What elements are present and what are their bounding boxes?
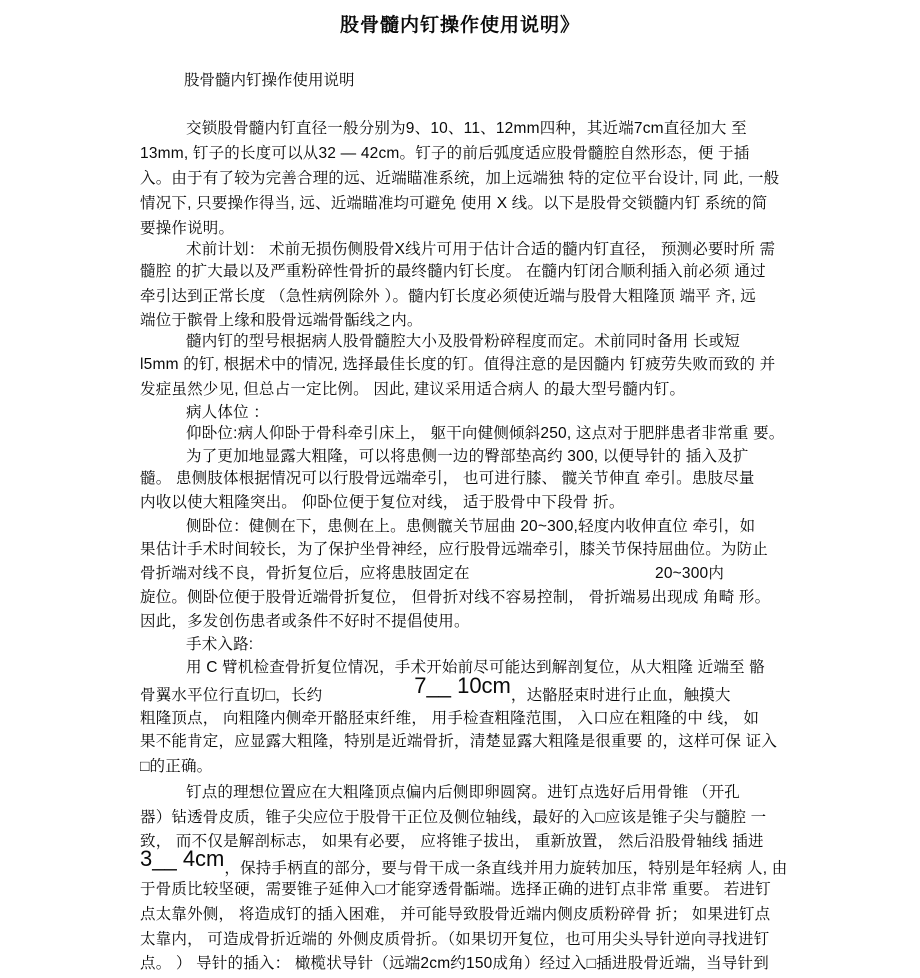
doc-line: 器）钻透骨皮质，锥子尖应位于股骨干正位及侧位轴线，最好的入□应该是锥子尖与髓腔 … <box>140 807 766 829</box>
doc-line-text: 骨翼水平位行直切□，长约 <box>140 687 322 704</box>
doc-line: 端位于髌骨上缘和股骨远端骨骺线之内。 <box>140 310 423 332</box>
doc-line: 发症虽然少见, 但总占一定比例。 因此, 建议采用适合病人 的最大型号髓内钉。 <box>140 379 685 401</box>
doc-line: 太靠内， 可造成骨折近端的 外侧皮质骨折。（如果切开复位，也可用尖头导针逆向寻找… <box>140 929 769 951</box>
doc-line: 因此，多发创伤患者或条件不好时不提倡使用。 <box>140 611 470 633</box>
doc-line: 旋位。侧卧位便于股骨近端骨折复位， 但骨折对线不容易控制， 骨折端易出现成 角畸… <box>140 587 770 609</box>
doc-line: l5mm 的钉, 根据术中的情况, 选择最佳长度的钉。值得注意的是因髓内 钉疲劳… <box>140 354 775 376</box>
doc-line: 术前计划： 术前无损伤侧股骨X线片可用于估计合适的髓内钉直径， 预测必要时所 需 <box>186 239 775 261</box>
doc-line: 仰卧位:病人仰卧于骨科牵引床上， 躯干向健侧倾斜250, 这点对于肥胖患者非常重… <box>186 423 785 445</box>
doc-line: 手术入路: <box>186 634 253 656</box>
doc-line-large-measure: 7__ 10cm <box>414 673 511 698</box>
doc-line: 3__ 4cm，保持手柄直的部分，要与骨干成一条直线并用力旋转加压，特别是年轻病… <box>140 855 787 880</box>
doc-line-large-measure: 3__ 4cm <box>140 846 224 871</box>
doc-line: 内收以使大粗隆突出。 仰卧位便于复位对线， 适于股骨中下段骨 折。 <box>140 492 625 514</box>
doc-line: 髓。 患侧肢体根据情况可以行股骨远端牵引， 也可进行膝、 髋关节伸直 牵引。患肢… <box>140 468 755 490</box>
doc-line: 钉点的理想位置应在大粗隆顶点偏内后侧即卵圆窝。进钉点选好后用骨锥 （开孔 <box>186 782 740 804</box>
doc-line: □的正确。 <box>140 756 212 778</box>
doc-line: 果估计手术时间较长，为了保护坐骨神经，应行股骨远端牵引，膝关节保持屈曲位。为防止 <box>140 539 768 561</box>
doc-line: 为了更加地显露大粗隆，可以将患侧一边的臀部垫高约 300, 以便导针的 插入及扩 <box>186 446 749 468</box>
doc-line: 病人体位 ： <box>186 402 269 424</box>
doc-line: 交锁股骨髓内钉直径一般分别为9、10、11、12mm四种，其近端7cm直径加大 … <box>186 118 747 140</box>
doc-line: 13mm, 钉子的长度可以从32 — 42cm。钉子的前后弧度适应股骨髓腔自然形… <box>140 143 749 165</box>
doc-line: 要操作说明。 <box>140 218 234 240</box>
doc-line-text: ，达骼胫束时进行止血，触摸大 <box>511 687 731 704</box>
doc-line: 点。 ） 导针的插入： 橄榄状导针（远端2cm约150成角）经过入□插进股骨近端… <box>140 953 769 975</box>
doc-line: 果不能肯定，应显露大粗隆，特别是近端骨折，清楚显露大粗隆是很重要 的，这样可保 … <box>140 731 777 753</box>
doc-line: 于骨质比较坚硬，需要锥子延伸入□才能穿透骨骺端。选择正确的进钉点非常 重要。 若… <box>140 879 771 901</box>
doc-line: 情况下, 只要操作得当, 远、近端瞄准均可避免 使用 X 线。以下是股骨交锁髓内… <box>140 193 768 215</box>
doc-line: 入。由于有了较为完善合理的远、近端瞄准系统，加上远端独 特的定位平台设计, 同 … <box>140 168 779 190</box>
document-title: 股骨髓内钉操作使用说明》 <box>0 10 920 37</box>
doc-line: 侧卧位：健侧在下，患侧在上。患侧髋关节屈曲 20~300,轻度内收伸直位 牵引，… <box>186 516 755 538</box>
doc-line-text: 骨折端对线不良，骨折复位后，应将患肢固定在 <box>140 565 470 582</box>
section-heading: 股骨髓内钉操作使用说明 <box>184 68 355 90</box>
doc-line: 髓腔 的扩大最以及严重粉碎性骨折的最终髓内钉长度。 在髓内钉闭合顺利插入前必须 … <box>140 261 766 283</box>
doc-line: 骨翼水平位行直切□，长约7__ 10cm，达骼胫束时进行止血，触摸大 <box>140 682 731 707</box>
doc-line: 致， 而不仅是解剖标志， 如果有必要， 应将锥子拔出， 重新放置， 然后沿股骨轴… <box>140 831 764 853</box>
doc-line: 粗隆顶点， 向粗隆内侧牵开骼胫束纤维， 用手检查粗隆范围， 入口应在粗隆的中 线… <box>140 708 759 730</box>
doc-line-text: ，保持手柄直的部分，要与骨干成一条直线并用力旋转加压，特别是年轻病 人, 由 <box>224 860 787 877</box>
doc-line-right-value: 20~300内 <box>655 563 724 585</box>
doc-line: 骨折端对线不良，骨折复位后，应将患肢固定在 20~300内 <box>140 563 784 585</box>
doc-line: 点太靠外侧， 将造成钉的插入困难， 并可能导致股骨近端内侧皮质粉碎骨 折； 如果… <box>140 904 770 926</box>
doc-line: 牵引达到正常长度 （急性病例除外 ）。髓内钉长度必须使近端与股骨大粗隆顶 端平 … <box>140 286 756 308</box>
doc-line: 髓内钉的型号根据病人股骨髓腔大小及股骨粉碎程度而定。术前同时备用 长或短 <box>186 331 740 353</box>
document-page: 股骨髓内钉操作使用说明》 股骨髓内钉操作使用说明 交锁股骨髓内钉直径一般分别为9… <box>0 0 920 978</box>
